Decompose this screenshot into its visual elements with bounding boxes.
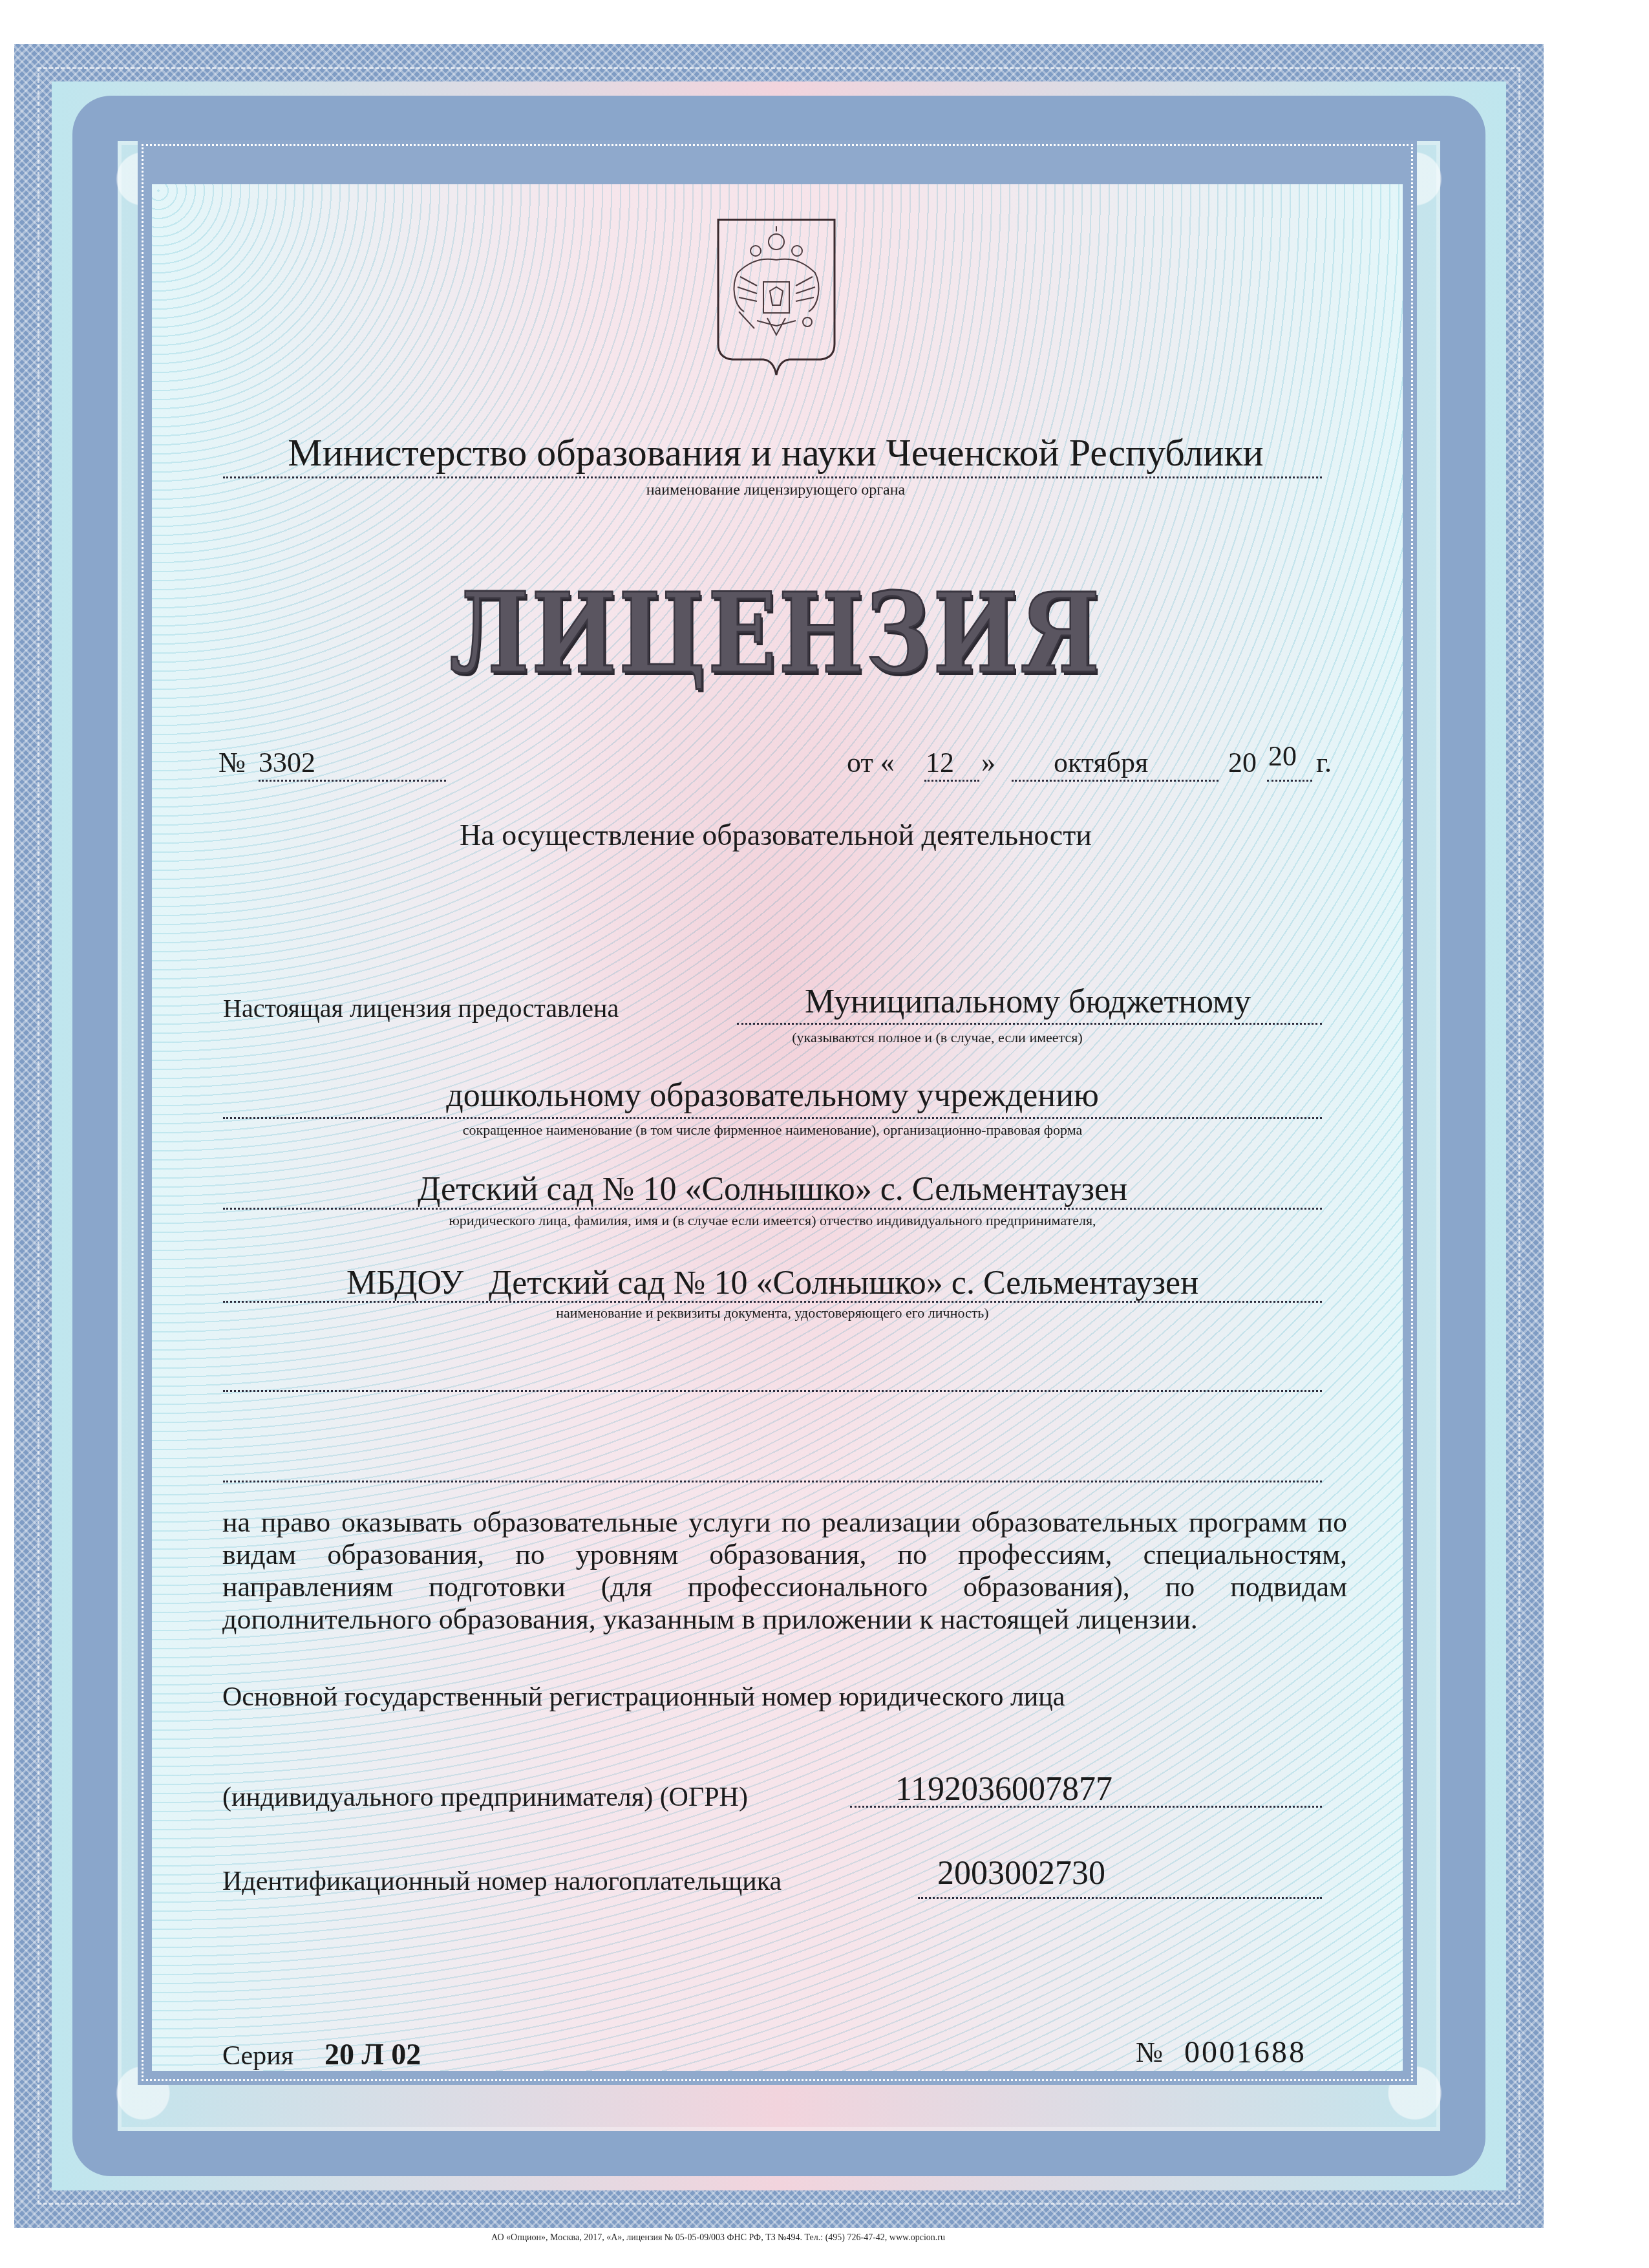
inn-value: 2003002730 [937, 1854, 1105, 1893]
date-year-underline [1267, 780, 1312, 782]
licensing-authority-caption: наименование лицензирующего органа [194, 482, 1357, 499]
license-number-underline [259, 780, 446, 782]
licensee-line-3-caption: юридического лица, фамилия, имя и (в слу… [223, 1212, 1322, 1229]
license-number-prefix: № [218, 744, 246, 782]
date-month: октября [1054, 744, 1148, 782]
ogrn-label-line-1: Основной государственный регистрационный… [222, 1681, 1065, 1713]
licensee-line-2: дошкольному образовательному учреждению [223, 1076, 1322, 1115]
printer-imprint: АО «Опцион», Москва, 2017, «А», лицензия… [491, 2233, 945, 2243]
licensee-line-2-underline [223, 1117, 1322, 1119]
granted-to-label: Настоящая лицензия предоставлена [223, 992, 619, 1025]
date-year-suffix: 20 [1268, 737, 1297, 776]
ogrn-value: 1192036007877 [895, 1770, 1112, 1809]
inn-underline [918, 1897, 1322, 1899]
date-year-prefix: 20 [1228, 744, 1257, 782]
licensee-line-3-underline [223, 1208, 1322, 1210]
licensee-line-1-underline [737, 1023, 1322, 1025]
activity-type: На осуществление образовательной деятель… [194, 818, 1357, 852]
date-year-end: г. [1316, 744, 1332, 782]
series-label: Серия [222, 2040, 293, 2072]
date-month-underline [1012, 780, 1218, 782]
date-day-underline [924, 780, 979, 782]
licensee-line-4-underline [223, 1301, 1322, 1303]
licensee-line-3: Детский сад № 10 «Солнышко» с. Сельмента… [223, 1170, 1322, 1209]
date-day-close: » [981, 744, 995, 782]
series-value: 20 Л 02 [324, 2035, 421, 2074]
inn-label: Идентификационный номер налогоплательщик… [222, 1865, 782, 1898]
blank-number-prefix: № [1136, 2037, 1163, 2069]
date-prefix: от « [847, 744, 895, 782]
licensee-line-5-underline [223, 1390, 1322, 1392]
rights-paragraph: на право оказывать образовательные услуг… [222, 1506, 1347, 1636]
russian-coat-of-arms-icon [712, 215, 841, 384]
licensing-authority-underline [223, 476, 1322, 478]
blank-number: 0001688 [1184, 2033, 1306, 2072]
licensee-line-1-caption: (указываются полное и (в случае, если им… [737, 1029, 1138, 1046]
license-number: 3302 [259, 744, 315, 782]
licensee-line-4-caption: наименование и реквизиты документа, удос… [223, 1305, 1322, 1321]
document-title: ЛИЦЕНЗИЯ [299, 569, 1253, 698]
licensee-line-1: Муниципальному бюджетному [737, 983, 1319, 1022]
licensee-line-4: МБДОУ Детский сад № 10 «Солнышко» с. Сел… [223, 1264, 1322, 1303]
ogrn-underline [850, 1806, 1322, 1808]
date-day: 12 [926, 744, 954, 782]
licensee-line-6-underline [223, 1481, 1322, 1482]
licensee-line-2-caption: сокращенное наименование (в том числе фи… [223, 1122, 1322, 1139]
ogrn-label-line-2: (индивидуального предпринимателя) (ОГРН) [222, 1781, 748, 1813]
licensing-authority: Министерство образования и науки Чеченск… [194, 430, 1357, 475]
